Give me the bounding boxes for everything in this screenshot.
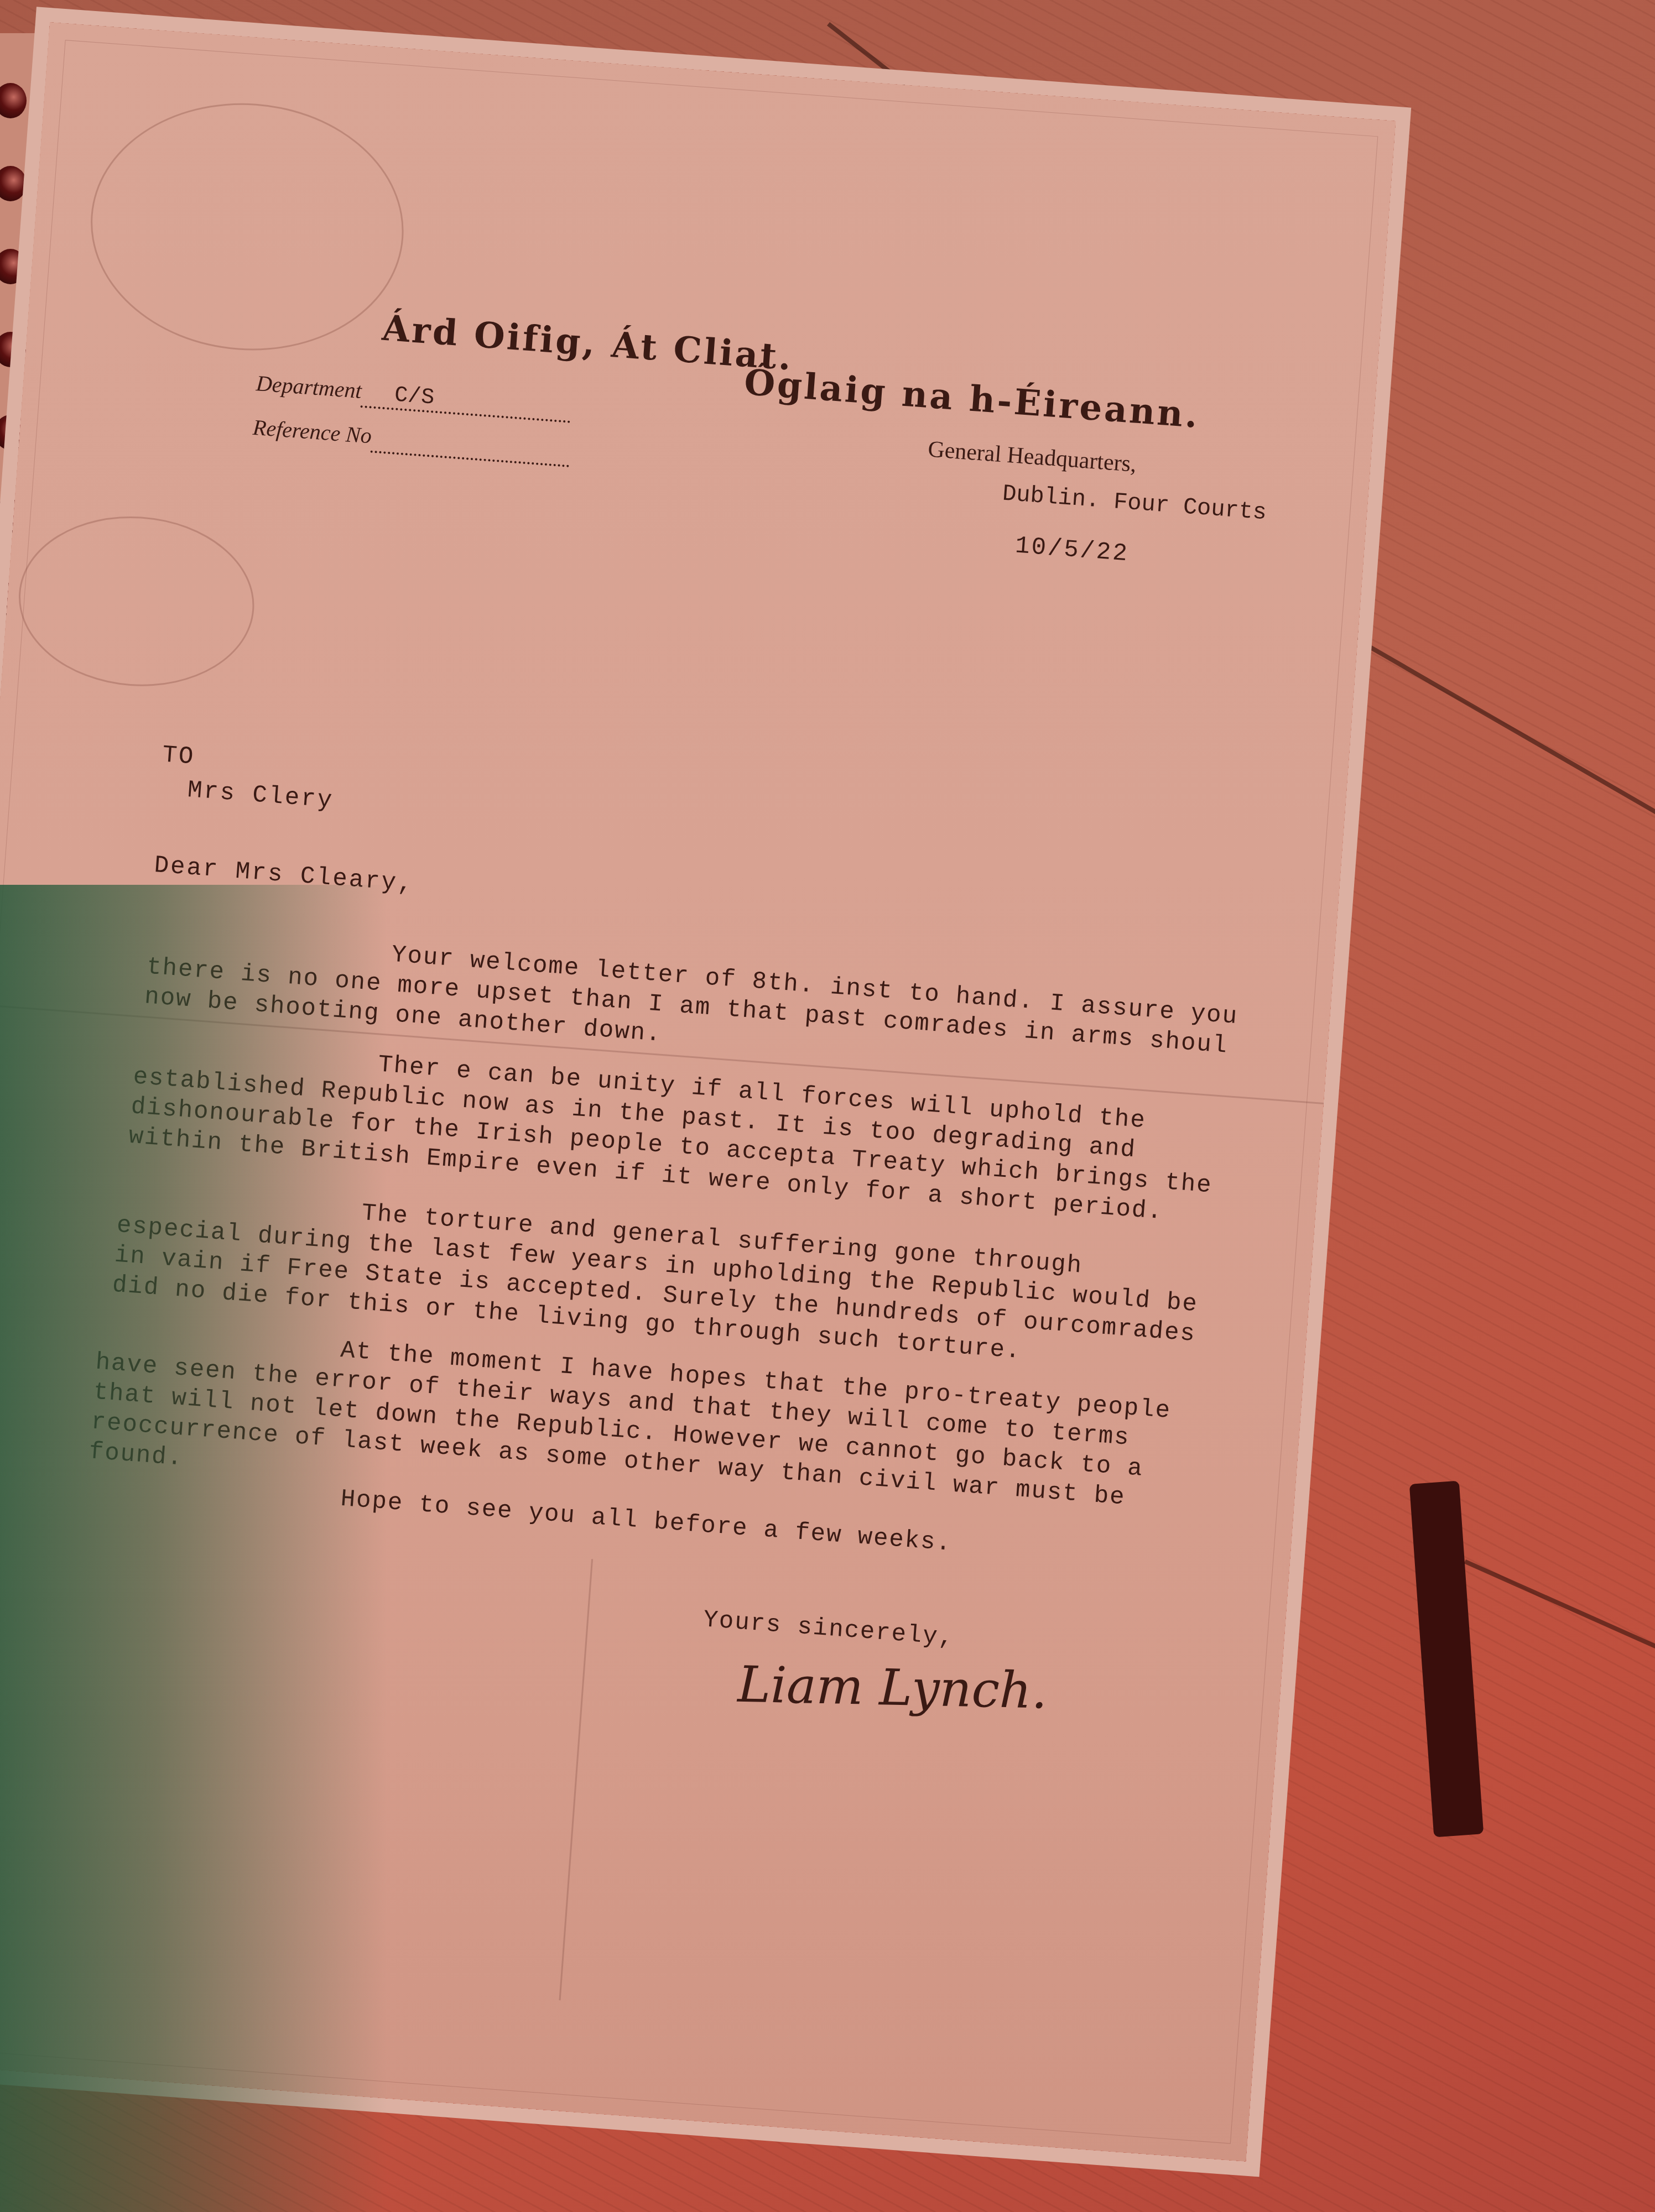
- to-label: TO: [161, 740, 196, 773]
- notebook-ring: [0, 332, 27, 367]
- signature: Liam Lynch.: [737, 1656, 1048, 1720]
- notebook-ring: [0, 83, 27, 118]
- floorboard-seam: [1353, 636, 1655, 833]
- reference-value: [404, 428, 405, 453]
- folder-tab: [1409, 1481, 1484, 1838]
- notebook-ring: [0, 249, 27, 284]
- hand-shadow: [0, 885, 387, 2212]
- notebook-ring: [0, 166, 27, 201]
- department-value: C/S: [394, 383, 435, 411]
- floorboard-seam: [1464, 1559, 1655, 1676]
